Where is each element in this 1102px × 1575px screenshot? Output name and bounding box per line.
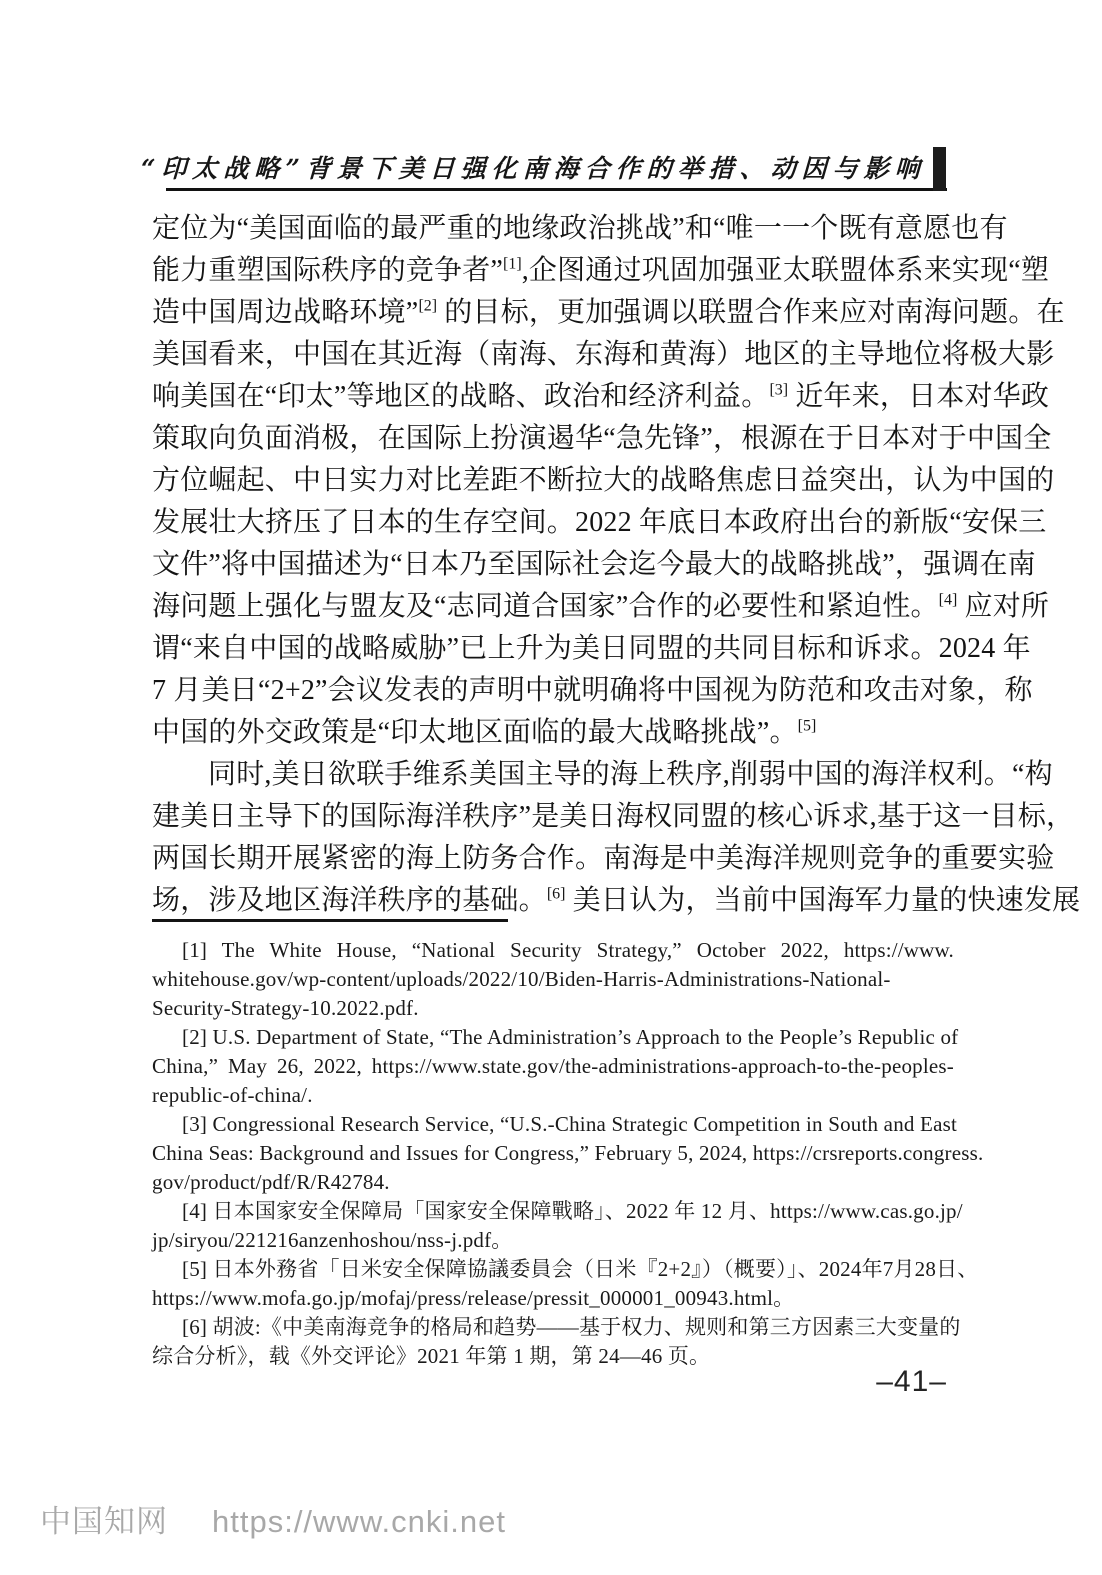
footnote-ref: [6] xyxy=(547,886,566,903)
footnote-line: China Seas: Background and Issues for Co… xyxy=(152,1139,954,1168)
body-text-line: 文件”将中国描述为“日本乃至国际社会迄今最大的战略挑战”，强调在南 xyxy=(152,544,952,586)
footnote-ref: [5] xyxy=(798,718,817,735)
footnote-line: [2] U.S. Department of State, “The Admin… xyxy=(152,1023,954,1052)
footnote-line: Security-Strategy-10.2022.pdf. xyxy=(152,994,954,1023)
footnote-separator xyxy=(152,919,508,922)
footnote-line: 综合分析》，载《外交评论》2021 年第 1 期，第 24—46 页。 xyxy=(152,1342,954,1371)
footnote-line: https://www.mofa.go.jp/mofaj/press/relea… xyxy=(152,1284,954,1313)
body-text-line: 定位为“美国面临的最严重的地缘政治挑战”和“唯一一个既有意愿也有 xyxy=(152,208,952,250)
footnotes: [1] The White House, “National Security … xyxy=(152,936,954,1371)
footnote-line: [5] 日本外務省「日米安全保障協議委員会（日米『2+2』）（概要）」、2024… xyxy=(152,1255,954,1284)
body-text-line: 场，涉及地区海洋秩序的基础。[6] 美日认为，当前中国海军力量的快速发展 xyxy=(152,880,952,922)
footnote-line: [1] The White House, “National Security … xyxy=(152,936,954,965)
cnki-watermark: 中国知网 https://www.cnki.net xyxy=(40,1496,506,1541)
footnote-ref: [4] xyxy=(939,592,958,609)
body-text-line: 发展壮大挤压了日本的生存空间。2022 年底日本政府出台的新版“安保三 xyxy=(152,502,952,544)
footnote-ref: [1] xyxy=(503,256,522,273)
body-text-line: 造中国周边战略环境”[2] 的目标，更加强调以联盟合作来应对南海问题。在 xyxy=(152,292,952,334)
body-text-line: 两国长期开展紧密的海上防务合作。南海是中美海洋规则竞争的重要实验 xyxy=(152,838,952,880)
body-text-line: 海问题上强化与盟友及“志同道合国家”合作的必要性和紧迫性。[4] 应对所 xyxy=(152,586,952,628)
running-head: “印太战略”背景下美日强化南海合作的举措、动因与影响 xyxy=(166,144,926,190)
body-text-line: 美国看来，中国在其近海（南海、东海和黄海）地区的主导地位将极大影 xyxy=(152,334,952,376)
running-head-corner-bar xyxy=(933,147,946,191)
body-text-line: 能力重塑国际秩序的竞争者”[1],企图通过巩固加强亚太联盟体系来实现“塑 xyxy=(152,250,952,292)
footnote-line: [3] Congressional Research Service, “U.S… xyxy=(152,1110,954,1139)
body-text-line: 建美日主导下的国际海洋秩序”是美日海权同盟的核心诉求,基于这一目标， xyxy=(152,796,952,838)
footnote-line: gov/product/pdf/R/R42784. xyxy=(152,1168,954,1197)
body-text-line: 谓“来自中国的战略威胁”已上升为美日同盟的共同目标和诉求。2024 年 xyxy=(152,628,952,670)
body-text-line: 策取向负面消极，在国际上扮演遏华“急先锋”，根源在于日本对于中国全 xyxy=(152,418,952,460)
body-text-line: 7 月美日“2+2”会议发表的声明中就明确将中国视为防范和攻击对象，称 xyxy=(152,670,952,712)
footnote-line: republic-of-china/. xyxy=(152,1081,954,1110)
cnki-url: https://www.cnki.net xyxy=(212,1504,506,1540)
body-text-line: 方位崛起、中日实力对比差距不断拉大的战略焦虑日益突出，认为中国的 xyxy=(152,460,952,502)
body-text-line: 中国的外交政策是“印太地区面临的最大战略挑战”。[5] xyxy=(152,712,952,754)
running-head-rule xyxy=(166,188,947,191)
body-text: 定位为“美国面临的最严重的地缘政治挑战”和“唯一一个既有意愿也有能力重塑国际秩序… xyxy=(152,208,952,922)
cnki-site-name: 中国知网 xyxy=(40,1496,168,1541)
footnote-ref: [2] xyxy=(418,298,437,315)
body-text-line: 同时,美日欲联手维系美国主导的海上秩序,削弱中国的海洋权利。“构 xyxy=(152,754,952,796)
running-head-title: “印太战略”背景下美日强化南海合作的举措、动因与影响 xyxy=(141,149,927,185)
footnote-line: [6] 胡波:《中美南海竞争的格局和趋势——基于权力、规则和第三方因素三大变量的 xyxy=(152,1313,954,1342)
footnote-line: jp/siryou/221216anzenhoshou/nss-j.pdf。 xyxy=(152,1226,954,1255)
footnote-line: China,” May 26, 2022, https://www.state.… xyxy=(152,1052,954,1081)
footnote-ref: [3] xyxy=(769,382,788,399)
page-number: –41– xyxy=(876,1365,947,1399)
body-text-line: 响美国在“印太”等地区的战略、政治和经济利益。[3] 近年来，日本对华政 xyxy=(152,376,952,418)
document-page: “印太战略”背景下美日强化南海合作的举措、动因与影响 定位为“美国面临的最严重的… xyxy=(0,0,1102,1575)
footnote-line: [4] 日本国家安全保障局「国家安全保障戰略」、2022 年 12 月、http… xyxy=(152,1197,954,1226)
footnote-line: whitehouse.gov/wp-content/uploads/2022/1… xyxy=(152,965,954,994)
